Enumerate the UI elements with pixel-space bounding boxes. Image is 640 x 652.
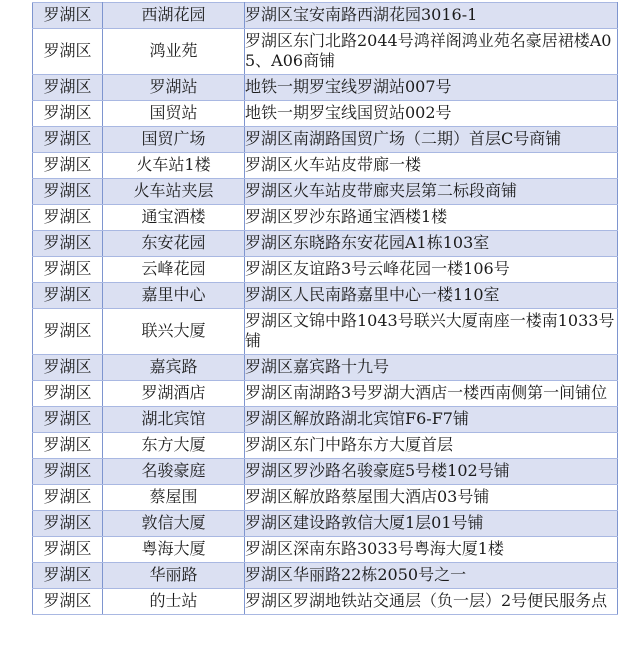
name-cell: 嘉里中心 [103,283,245,309]
table-row: 罗湖区 的士站 罗湖区罗湖地铁站交通层（负一层）2号便民服务点 [33,589,618,615]
district-cell: 罗湖区 [33,589,103,615]
table-row: 罗湖区 敦信大厦 罗湖区建设路敦信大厦1层01号铺 [33,511,618,537]
table-row: 罗湖区 云峰花园 罗湖区友谊路3号云峰花园一楼106号 [33,257,618,283]
address-cell: 罗湖区东门中路东方大厦首层 [245,433,618,459]
address-cell: 罗湖区建设路敦信大厦1层01号铺 [245,511,618,537]
name-cell: 敦信大厦 [103,511,245,537]
address-cell: 罗湖区解放路湖北宾馆F6-F7铺 [245,407,618,433]
address-cell: 罗湖区解放路蔡屋围大酒店03号铺 [245,485,618,511]
address-cell: 罗湖区火车站皮带廊夹层第二标段商铺 [245,179,618,205]
district-cell: 罗湖区 [33,75,103,101]
name-cell: 罗湖酒店 [103,381,245,407]
district-cell: 罗湖区 [33,459,103,485]
district-cell: 罗湖区 [33,153,103,179]
table-row: 罗湖区 粤海大厦 罗湖区深南东路3033号粤海大厦1楼 [33,537,618,563]
district-cell: 罗湖区 [33,257,103,283]
address-cell: 地铁一期罗宝线国贸站002号 [245,101,618,127]
address-cell: 罗湖区华丽路22栋2050号之一 [245,563,618,589]
district-cell: 罗湖区 [33,485,103,511]
address-cell: 罗湖区东门北路2044号鸿祥阁鸿业苑名豪居裙楼A05、A06商铺 [245,29,618,75]
name-cell: 火车站1楼 [103,153,245,179]
district-cell: 罗湖区 [33,433,103,459]
district-cell: 罗湖区 [33,537,103,563]
name-cell: 华丽路 [103,563,245,589]
name-cell: 罗湖站 [103,75,245,101]
name-cell: 火车站夹层 [103,179,245,205]
table-row: 罗湖区 鸿业苑 罗湖区东门北路2044号鸿祥阁鸿业苑名豪居裙楼A05、A06商铺 [33,29,618,75]
name-cell: 东安花园 [103,231,245,257]
address-cell: 地铁一期罗宝线罗湖站007号 [245,75,618,101]
district-cell: 罗湖区 [33,29,103,75]
table-row: 罗湖区 通宝酒楼 罗湖区罗沙东路通宝酒楼1楼 [33,205,618,231]
address-cell: 罗湖区宝安南路西湖花园3016-1 [245,3,618,29]
address-cell: 罗湖区文锦中路1043号联兴大厦南座一楼南1033号铺 [245,309,618,355]
district-cell: 罗湖区 [33,407,103,433]
district-cell: 罗湖区 [33,3,103,29]
district-cell: 罗湖区 [33,101,103,127]
address-cell: 罗湖区南湖路3号罗湖大酒店一楼西南侧第一间铺位 [245,381,618,407]
address-cell: 罗湖区深南东路3033号粤海大厦1楼 [245,537,618,563]
name-cell: 通宝酒楼 [103,205,245,231]
table-row: 罗湖区 西湖花园 罗湖区宝安南路西湖花园3016-1 [33,3,618,29]
district-cell: 罗湖区 [33,355,103,381]
name-cell: 嘉宾路 [103,355,245,381]
district-cell: 罗湖区 [33,179,103,205]
district-cell: 罗湖区 [33,381,103,407]
name-cell: 国贸站 [103,101,245,127]
name-cell: 国贸广场 [103,127,245,153]
table-row: 罗湖区 嘉里中心 罗湖区人民南路嘉里中心一楼110室 [33,283,618,309]
address-cell: 罗湖区友谊路3号云峰花园一楼106号 [245,257,618,283]
district-cell: 罗湖区 [33,205,103,231]
district-cell: 罗湖区 [33,309,103,355]
name-cell: 粤海大厦 [103,537,245,563]
name-cell: 东方大厦 [103,433,245,459]
table-row: 罗湖区 名骏豪庭 罗湖区罗沙路名骏豪庭5号楼102号铺 [33,459,618,485]
table-row: 罗湖区 罗湖酒店 罗湖区南湖路3号罗湖大酒店一楼西南侧第一间铺位 [33,381,618,407]
address-cell: 罗湖区嘉宾路十九号 [245,355,618,381]
table-row: 罗湖区 东安花园 罗湖区东晓路东安花园A1栋103室 [33,231,618,257]
district-cell: 罗湖区 [33,283,103,309]
address-cell: 罗湖区火车站皮带廊一楼 [245,153,618,179]
name-cell: 西湖花园 [103,3,245,29]
name-cell: 蔡屋围 [103,485,245,511]
name-cell: 联兴大厦 [103,309,245,355]
district-cell: 罗湖区 [33,511,103,537]
table-row: 罗湖区 嘉宾路 罗湖区嘉宾路十九号 [33,355,618,381]
table-row: 罗湖区 联兴大厦 罗湖区文锦中路1043号联兴大厦南座一楼南1033号铺 [33,309,618,355]
address-cell: 罗湖区东晓路东安花园A1栋103室 [245,231,618,257]
address-cell: 罗湖区罗沙东路通宝酒楼1楼 [245,205,618,231]
table-row: 罗湖区 华丽路 罗湖区华丽路22栋2050号之一 [33,563,618,589]
locations-table: 罗湖区 西湖花园 罗湖区宝安南路西湖花园3016-1 罗湖区 鸿业苑 罗湖区东门… [32,2,618,615]
district-cell: 罗湖区 [33,127,103,153]
locations-table-body: 罗湖区 西湖花园 罗湖区宝安南路西湖花园3016-1 罗湖区 鸿业苑 罗湖区东门… [33,3,618,615]
address-cell: 罗湖区罗沙路名骏豪庭5号楼102号铺 [245,459,618,485]
address-cell: 罗湖区罗湖地铁站交通层（负一层）2号便民服务点 [245,589,618,615]
district-cell: 罗湖区 [33,563,103,589]
page: 罗湖区 西湖花园 罗湖区宝安南路西湖花园3016-1 罗湖区 鸿业苑 罗湖区东门… [0,0,640,652]
table-row: 罗湖区 火车站夹层 罗湖区火车站皮带廊夹层第二标段商铺 [33,179,618,205]
name-cell: 名骏豪庭 [103,459,245,485]
table-row: 罗湖区 蔡屋围 罗湖区解放路蔡屋围大酒店03号铺 [33,485,618,511]
address-cell: 罗湖区南湖路国贸广场（二期）首层C号商铺 [245,127,618,153]
table-row: 罗湖区 罗湖站 地铁一期罗宝线罗湖站007号 [33,75,618,101]
name-cell: 的士站 [103,589,245,615]
address-cell: 罗湖区人民南路嘉里中心一楼110室 [245,283,618,309]
table-row: 罗湖区 国贸广场 罗湖区南湖路国贸广场（二期）首层C号商铺 [33,127,618,153]
name-cell: 云峰花园 [103,257,245,283]
table-row: 罗湖区 国贸站 地铁一期罗宝线国贸站002号 [33,101,618,127]
name-cell: 鸿业苑 [103,29,245,75]
table-row: 罗湖区 火车站1楼 罗湖区火车站皮带廊一楼 [33,153,618,179]
name-cell: 湖北宾馆 [103,407,245,433]
table-row: 罗湖区 东方大厦 罗湖区东门中路东方大厦首层 [33,433,618,459]
district-cell: 罗湖区 [33,231,103,257]
table-row: 罗湖区 湖北宾馆 罗湖区解放路湖北宾馆F6-F7铺 [33,407,618,433]
